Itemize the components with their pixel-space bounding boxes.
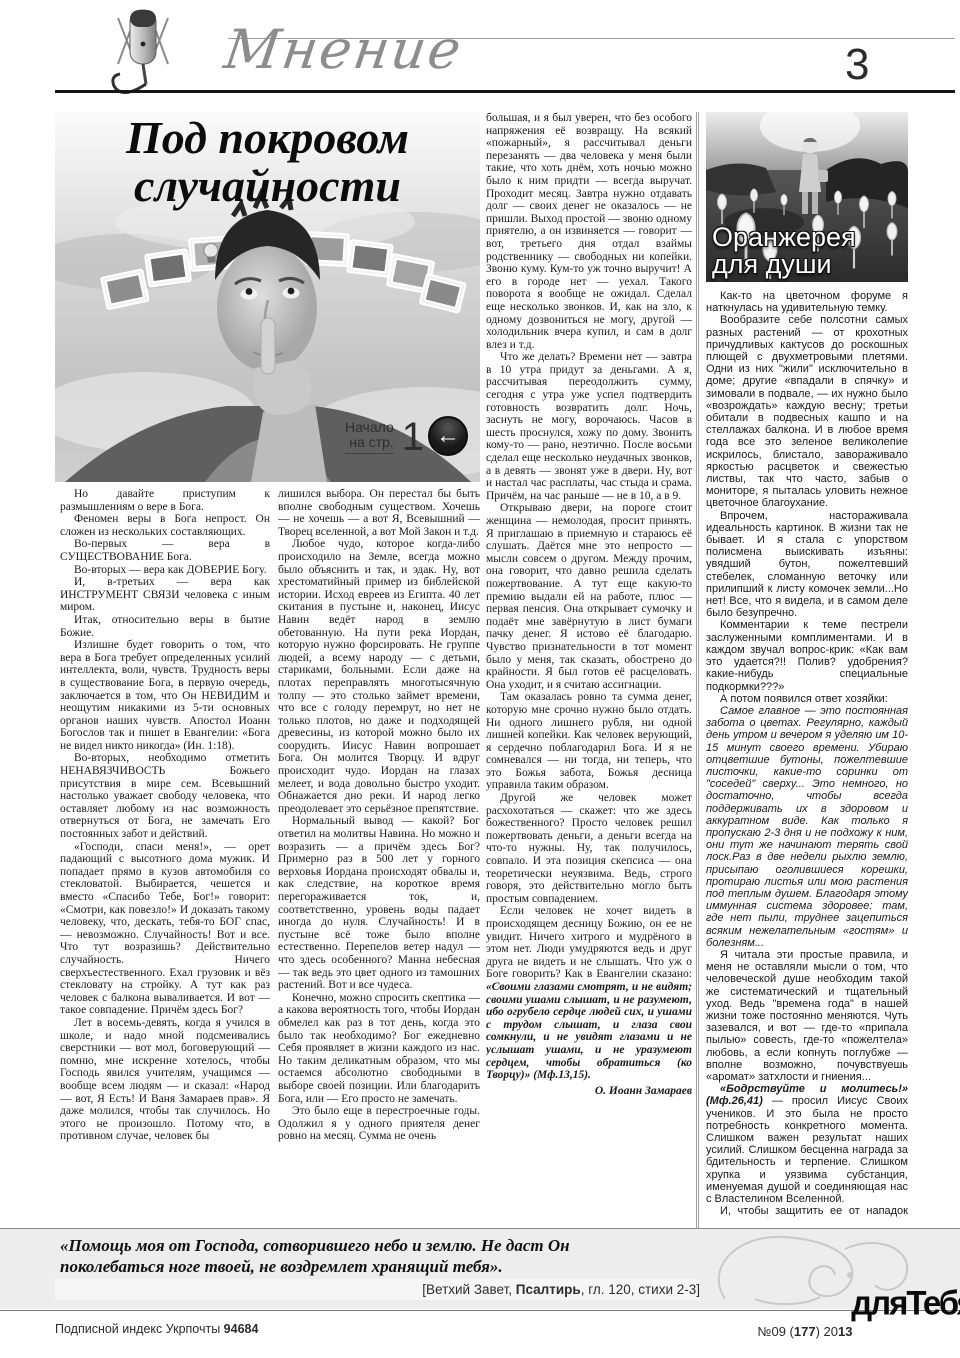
header-rule-thick <box>55 90 955 93</box>
paragraph: Во-вторых, необходимо отметить НЕНАВЯЗЧИ… <box>60 752 270 840</box>
paragraph: Феномен веры в Бога непрост. Он сложен и… <box>60 513 270 538</box>
page-number: 3 <box>845 40 869 90</box>
paragraph: Что же делать? Времени нет — завтра в 10… <box>486 351 692 502</box>
paragraph: Открываю двери, на пороге стоит женщина … <box>486 502 692 691</box>
main-article-photo: Под покровом случайности Начало на стр. … <box>55 112 480 482</box>
newspaper-page: Мнение 3 <box>0 0 960 1358</box>
article-title-line2: случайности <box>134 160 401 211</box>
paragraph: большая, и я был уверен, что без особого… <box>486 112 692 351</box>
paragraph: Во-вторых — вера как ДОВЕРИЕ Богу. <box>60 564 270 577</box>
article-title: Под покровом случайности <box>55 114 480 210</box>
section-title-script: Мнение <box>221 18 467 81</box>
paragraph: Другой же человек может расхохотаться — … <box>486 792 692 905</box>
caption-text: Начало на стр. <box>345 420 394 454</box>
paragraph: Как-то на цветочном форуме я наткнулась … <box>706 290 908 314</box>
sidebar-article: Оранжерея для души Как-то на цветочном ф… <box>706 112 908 1218</box>
article-column-1: Но давайте приступим к размышлениям о ве… <box>60 488 270 1245</box>
back-arrow-icon: ← <box>428 416 468 456</box>
paragraph: Любое чудо, которое когда-либо происходи… <box>278 538 480 815</box>
paragraph: Лет в восемь-девять, когда я учился в шк… <box>60 1017 270 1143</box>
paragraph: Во-первых — вера в СУЩЕСТВОВАНИЕ Бога. <box>60 538 270 563</box>
sidebar-title: Оранжерея для души <box>712 224 856 278</box>
article-title-line1: Под покровом <box>126 112 409 163</box>
paragraph: «Господи, спаси меня!», — орет падающий … <box>60 841 270 1017</box>
paragraph: Это было еще в перестроечные годы. Одолж… <box>278 1105 480 1143</box>
article-column-3: большая, и я был уверен, что без особого… <box>486 112 692 1245</box>
paragraph: Впрочем, настораживала идеальность карти… <box>706 510 908 620</box>
subscription-index: Подписной индекс Укрпочты 94684 <box>55 1322 258 1336</box>
paragraph: лишился выбора. Он перестал бы быть впол… <box>278 488 480 538</box>
scripture-quote-source: [Ветхий Завет, Псалтирь, гл. 120, стихи … <box>55 1279 700 1300</box>
paragraph: Там оказалась ровно та сумма денег, кото… <box>486 691 692 792</box>
microphone-icon <box>98 6 186 111</box>
paragraph: А потом появился ответ хозяйки: <box>706 693 908 705</box>
paragraph: Конечно, можно спросить скептика — а как… <box>278 992 480 1105</box>
paragraph: Самое главное — это постоянная забота о … <box>706 705 908 949</box>
sidebar-text: Как-то на цветочном форуме я наткнулась … <box>706 290 908 1218</box>
continued-from-caption: Начало на стр. 1 ← <box>345 416 468 454</box>
paragraph: Вообразите себе полсотни самых разных ра… <box>706 314 908 509</box>
paragraph: И, чтобы защитить ее от нападок «вредите… <box>706 1205 908 1218</box>
scripture-quote-text: «Помощь моя от Господа, сотворившего неб… <box>60 1235 670 1277</box>
scripture-quote-band: «Помощь моя от Господа, сотворившего неб… <box>0 1228 960 1309</box>
paragraph: Но давайте приступим к размышлениям о ве… <box>60 488 270 513</box>
paragraph: Если человек не хочет видеть в происходя… <box>486 905 692 1081</box>
paragraph: Излишне будет говорить о том, что вера в… <box>60 639 270 752</box>
paragraph: Комментарии к теме пестрели заслуженными… <box>706 619 908 692</box>
paragraph: Я читала эти простые правила, и меня не … <box>706 949 908 1083</box>
sidebar-photo: Оранжерея для души <box>706 112 908 282</box>
caption-page-number: 1 <box>402 420 424 454</box>
column-separator-rule <box>696 112 699 1245</box>
paragraph: Итак, относительно веры в бытие Божие. <box>60 614 270 639</box>
article-column-2: лишился выбора. Он перестал бы быть впол… <box>278 488 480 1245</box>
paragraph: И, в-третьих — вера как ИНСТРУМЕНТ СВЯЗИ… <box>60 576 270 614</box>
issue-number: №09 (177) 2013 <box>700 1324 910 1339</box>
paragraph: «Бодрствуйте и молитесь!» (Мф.26,41) — п… <box>706 1083 908 1205</box>
paragraph: Нормальный вывод — какой? Бог ответил на… <box>278 815 480 991</box>
footer-rule <box>0 1310 960 1311</box>
newspaper-logo: дляТебя <box>851 1283 960 1323</box>
paragraph: О. Иоанн Замараев <box>486 1085 692 1098</box>
